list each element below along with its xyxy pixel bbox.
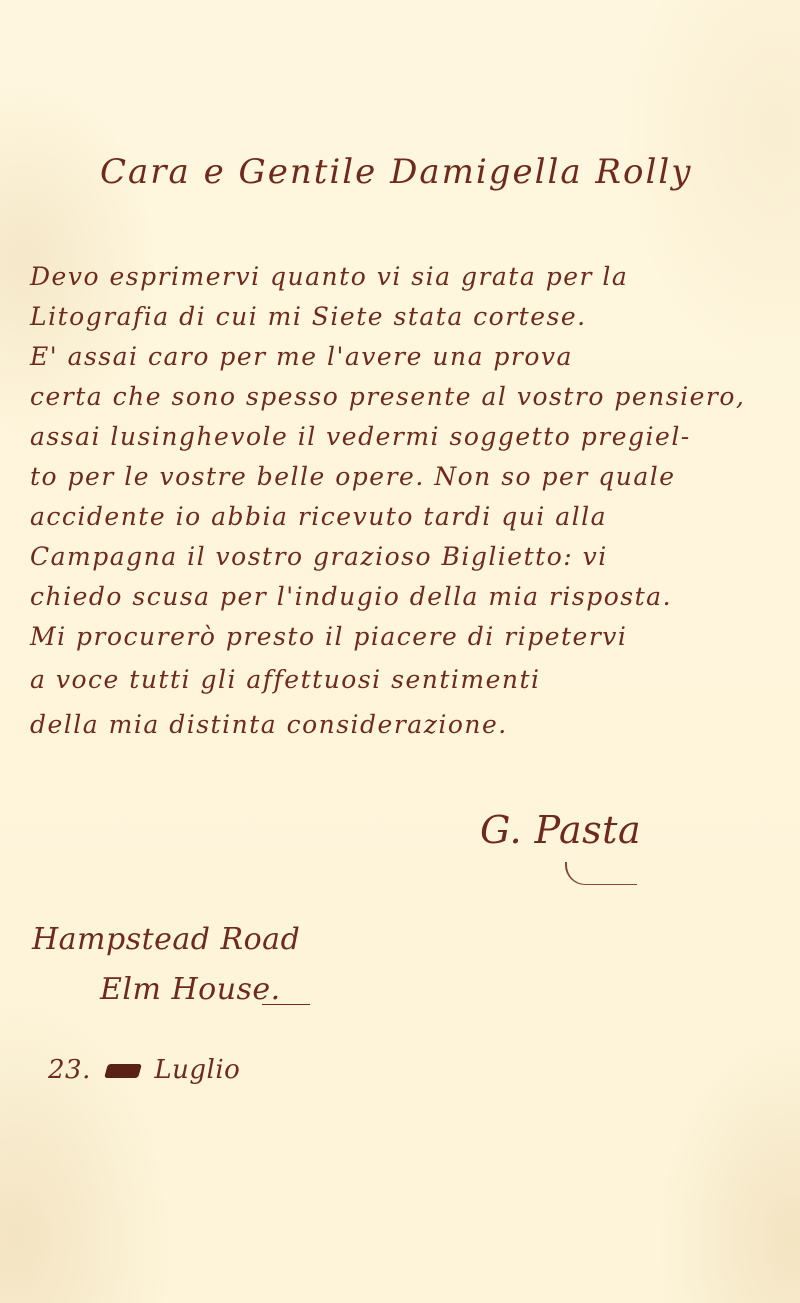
letter-paper (0, 0, 800, 1303)
body-line: to per le vostre belle opere. Non so per… (30, 462, 676, 491)
address-underline (262, 1004, 310, 1005)
struck-out-word (104, 1064, 142, 1078)
body-line: Litografia di cui mi Siete stata cortese… (30, 302, 587, 331)
signature: G. Pasta (480, 808, 641, 852)
body-line: Mi procurerò presto il piacere di ripete… (30, 622, 627, 651)
body-line: chiedo scusa per l'indugio della mia ris… (30, 582, 672, 611)
body-line: assai lusinghevole il vedermi soggetto p… (30, 422, 691, 451)
body-line: certa che sono spesso presente al vostro… (30, 382, 745, 411)
date-month: Luglio (154, 1055, 240, 1085)
body-line: a voce tutti gli affettuosi sentimenti (30, 665, 541, 694)
salutation: Cara e Gentile Damigella Rolly (100, 152, 692, 192)
body-line: della mia distinta considerazione. (30, 710, 508, 739)
body-line: Devo esprimervi quanto vi sia grata per … (30, 262, 628, 291)
date-day: 23. (48, 1055, 91, 1085)
body-line: E' assai caro per me l'avere una prova (30, 342, 573, 371)
address-line-2: Elm House. (100, 972, 281, 1007)
signature-flourish (565, 862, 637, 885)
date: 23. Luglio (48, 1055, 240, 1085)
address-line-1: Hampstead Road (32, 922, 300, 957)
body-line: Campagna il vostro grazioso Biglietto: v… (30, 542, 608, 571)
body-line: accidente io abbia ricevuto tardi qui al… (30, 502, 607, 531)
